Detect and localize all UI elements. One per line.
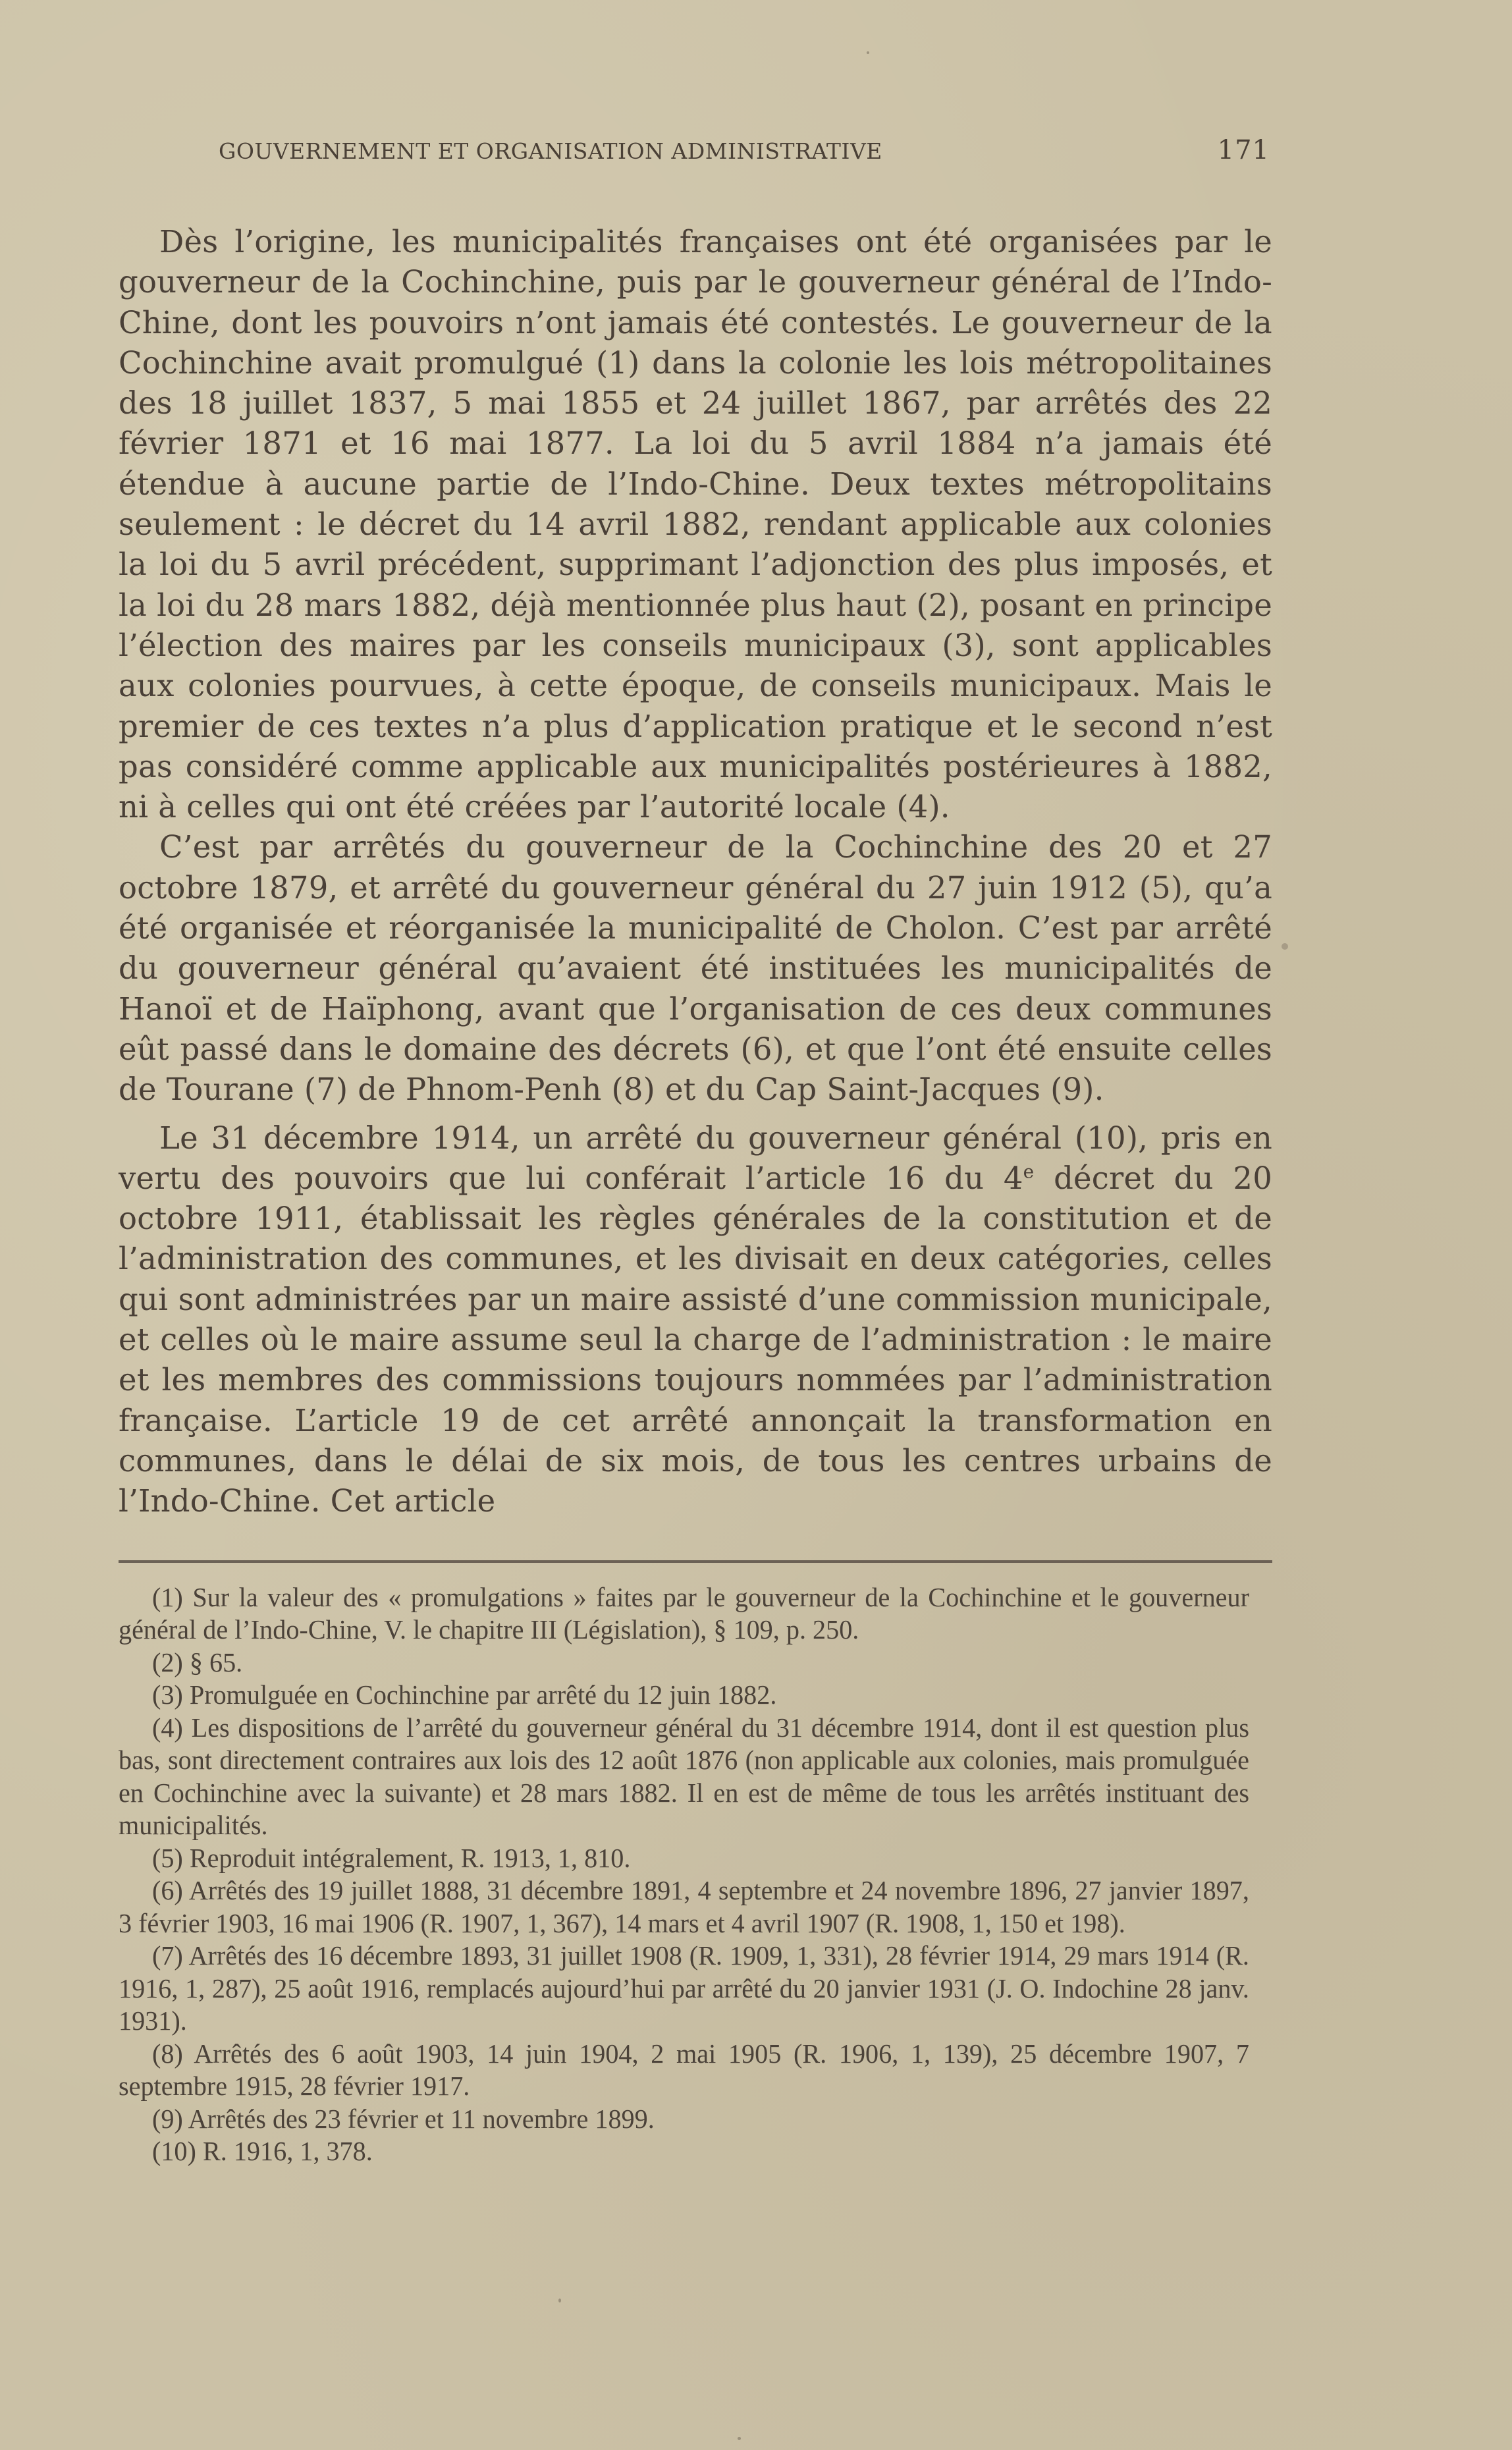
footnote-8: (8) Arrêtés des 6 août 1903, 14 juin 190… (119, 2038, 1249, 2103)
footnote-text: Arrêtés des 23 février et 11 novembre 18… (188, 2104, 655, 2134)
footnote-number: (10) (152, 2136, 196, 2166)
footnote-number: (7) (152, 1940, 183, 1971)
footnote-number: (4) (152, 1712, 183, 1743)
footnote-text: § 65. (190, 1647, 242, 1677)
footnote-text: Arrêtés des 16 décembre 1893, 31 juillet… (119, 1940, 1249, 2036)
footnote-5: (5) Reproduit intégralement, R. 1913, 1,… (119, 1842, 1249, 1875)
footnote-text: Sur la valeur des « promulgations » fait… (119, 1582, 1249, 1645)
paper-speck (1282, 943, 1288, 950)
footnote-3: (3) Promulguée en Cochinchine par arrêté… (119, 1679, 1249, 1712)
footnote-number: (3) (152, 1679, 183, 1710)
footnote-text: Arrêtés des 19 juillet 1888, 31 décembre… (119, 1875, 1249, 1938)
book-page: GOUVERNEMENT ET ORGANISATION ADMINISTRAT… (119, 135, 1272, 2168)
paragraph-2: C’est par arrêtés du gouverneur de la Co… (119, 827, 1272, 1110)
footnote-2: (2) § 65. (119, 1647, 1249, 1679)
footnote-number: (5) (152, 1843, 183, 1873)
footnote-7: (7) Arrêtés des 16 décembre 1893, 31 jui… (119, 1940, 1249, 2038)
footnote-separator-rule (119, 1560, 1272, 1563)
running-head: GOUVERNEMENT ET ORGANISATION ADMINISTRAT… (119, 135, 1272, 175)
footnote-number: (9) (152, 2104, 183, 2134)
paragraph-3-part-2: décret du 20 octobre 1911, établissait l… (119, 1160, 1272, 1519)
footnotes: (1) Sur la valeur des « promulgations » … (119, 1581, 1249, 2168)
ordinal-superscript: e (1023, 1160, 1035, 1182)
page-number: 171 (1218, 135, 1272, 165)
footnote-text: Arrêtés des 6 août 1903, 14 juin 1904, 2… (119, 2038, 1249, 2102)
footnote-10: (10) R. 1916, 1, 378. (119, 2135, 1249, 2168)
paper-speck (867, 51, 869, 54)
footnote-number: (8) (152, 2038, 183, 2069)
paper-speck (738, 2437, 741, 2440)
footnote-text: R. 1916, 1, 378. (203, 2136, 373, 2166)
footnote-text: Les dispositions de l’arrêté du gouverne… (119, 1712, 1249, 1841)
footnote-4: (4) Les dispositions de l’arrêté du gouv… (119, 1712, 1249, 1842)
footnote-number: (2) (152, 1647, 183, 1677)
footnote-number: (6) (152, 1875, 183, 1905)
footnote-text: Promulguée en Cochinchine par arrêté du … (190, 1679, 777, 1710)
main-text: Dès l’origine, les municipalités françai… (119, 222, 1272, 1522)
footnote-9: (9) Arrêtés des 23 février et 11 novembr… (119, 2103, 1249, 2136)
footnote-1: (1) Sur la valeur des « promulgations » … (119, 1581, 1249, 1647)
footnote-text: Reproduit intégralement, R. 1913, 1, 810… (190, 1843, 631, 1873)
running-head-title: GOUVERNEMENT ET ORGANISATION ADMINISTRAT… (219, 138, 882, 164)
paragraph-1: Dès l’origine, les municipalités françai… (119, 222, 1272, 827)
paragraph-3: Le 31 décembre 1914, un arrêté du gouver… (119, 1118, 1272, 1522)
paper-speck (558, 2299, 561, 2302)
footnote-6: (6) Arrêtés des 19 juillet 1888, 31 déce… (119, 1874, 1249, 1940)
footnote-number: (1) (152, 1582, 183, 1612)
